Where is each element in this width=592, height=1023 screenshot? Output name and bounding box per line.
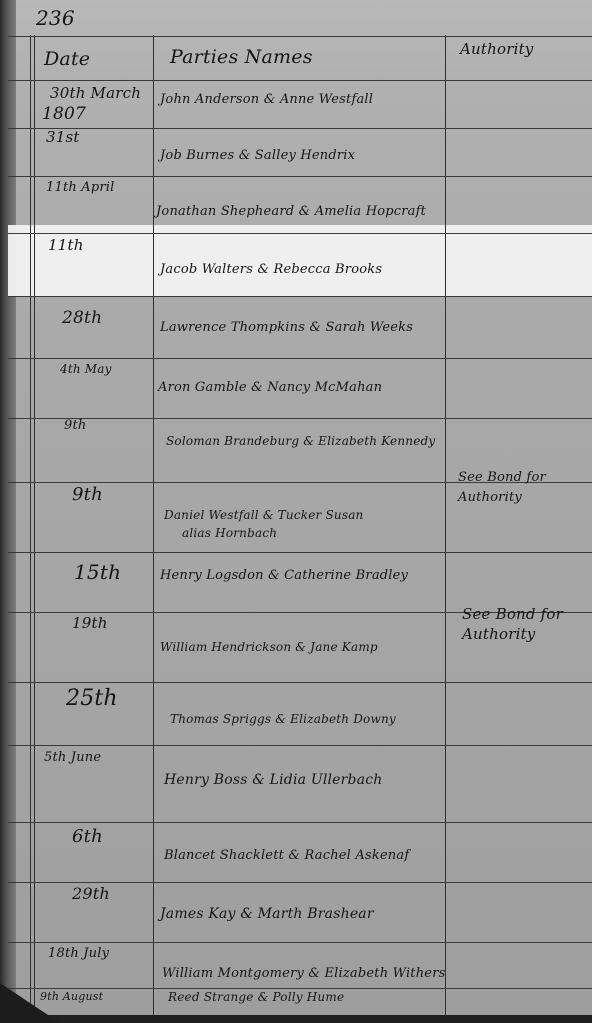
page-number: 236 [36, 6, 75, 30]
entry-parties: Henry Boss & Lidia Ullerbach [164, 772, 383, 788]
entry-parties: Job Burnes & Salley Hendrix [160, 148, 355, 163]
entry-date: 9th [64, 418, 86, 433]
row-rule [8, 988, 592, 989]
entry-date: 5th June [44, 750, 101, 765]
date-column-divider [153, 35, 154, 1023]
entry-parties: Soloman Brandeburg & Elizabeth Kennedy [166, 434, 435, 448]
entry-date: 4th May [60, 362, 112, 376]
entry-date: 30th March [50, 84, 141, 102]
page-corner-shadow [0, 983, 60, 1023]
entry-date: 9th [72, 484, 103, 505]
entry-date: 29th [72, 884, 110, 903]
entry-parties: William Hendrickson & Jane Kamp [160, 640, 378, 654]
header-date: Date [44, 48, 90, 70]
entry-parties: Daniel Westfall & Tucker Susan [164, 508, 363, 522]
page-bottom-edge [0, 1015, 592, 1023]
header-parties-names: Parties Names [170, 46, 313, 68]
entry-date: 28th [62, 308, 102, 328]
entry-parties: Jacob Walters & Rebecca Brooks [160, 262, 382, 277]
row-rule [8, 822, 592, 823]
row-rule [8, 128, 592, 129]
entry-date: 15th [74, 560, 121, 584]
margin-rule [30, 35, 31, 1023]
entry-parties: John Anderson & Anne Westfall [160, 92, 373, 107]
entry-date: 11th April [46, 180, 115, 195]
row-rule [8, 296, 592, 297]
row-rule [8, 233, 592, 234]
entry-date: 31st [46, 128, 80, 146]
entry-parties: Jonathan Shepheard & Amelia Hopcraft [156, 204, 426, 219]
entry-authority: See Bond for Authority [458, 468, 588, 508]
entry-authority: See Bond for Authority [462, 604, 587, 644]
margin-rule-double [34, 35, 35, 1023]
entry-date: 11th [48, 236, 84, 254]
row-rule [8, 882, 592, 883]
row-rule [8, 745, 592, 746]
row-rule [8, 176, 592, 177]
entry-date: 18th July [48, 946, 109, 961]
entry-parties-alias: alias Hornbach [182, 526, 277, 540]
entry-parties: Lawrence Thompkins & Sarah Weeks [160, 320, 413, 335]
highlighted-row-band [8, 225, 592, 297]
header-top-rule [8, 36, 592, 37]
header-bottom-rule [8, 80, 592, 81]
entry-date: 19th [72, 614, 108, 632]
row-rule [8, 552, 592, 553]
entry-parties: William Montgomery & Elizabeth Withers [162, 966, 446, 981]
entry-parties: Blancet Shacklett & Rachel Askenaf [164, 848, 409, 863]
entry-parties: James Kay & Marth Brashear [160, 906, 374, 922]
header-authority: Authority [460, 40, 533, 58]
entry-parties: Henry Logsdon & Catherine Bradley [160, 568, 408, 583]
row-rule [8, 358, 592, 359]
row-rule [8, 682, 592, 683]
entry-date: 25th [66, 686, 118, 711]
entry-parties: Thomas Spriggs & Elizabeth Downy [170, 712, 396, 726]
entry-year: 1807 [42, 104, 86, 124]
entry-date: 6th [72, 826, 103, 847]
ledger-page: 236 Date Parties Names Authority 30th Ma… [0, 0, 592, 1023]
entry-parties: Aron Gamble & Nancy McMahan [158, 380, 382, 395]
parties-column-divider [445, 35, 446, 1023]
row-rule [8, 418, 592, 419]
entry-parties: Reed Strange & Polly Hume [168, 990, 344, 1004]
row-rule [8, 942, 592, 943]
book-spine [0, 0, 16, 1023]
